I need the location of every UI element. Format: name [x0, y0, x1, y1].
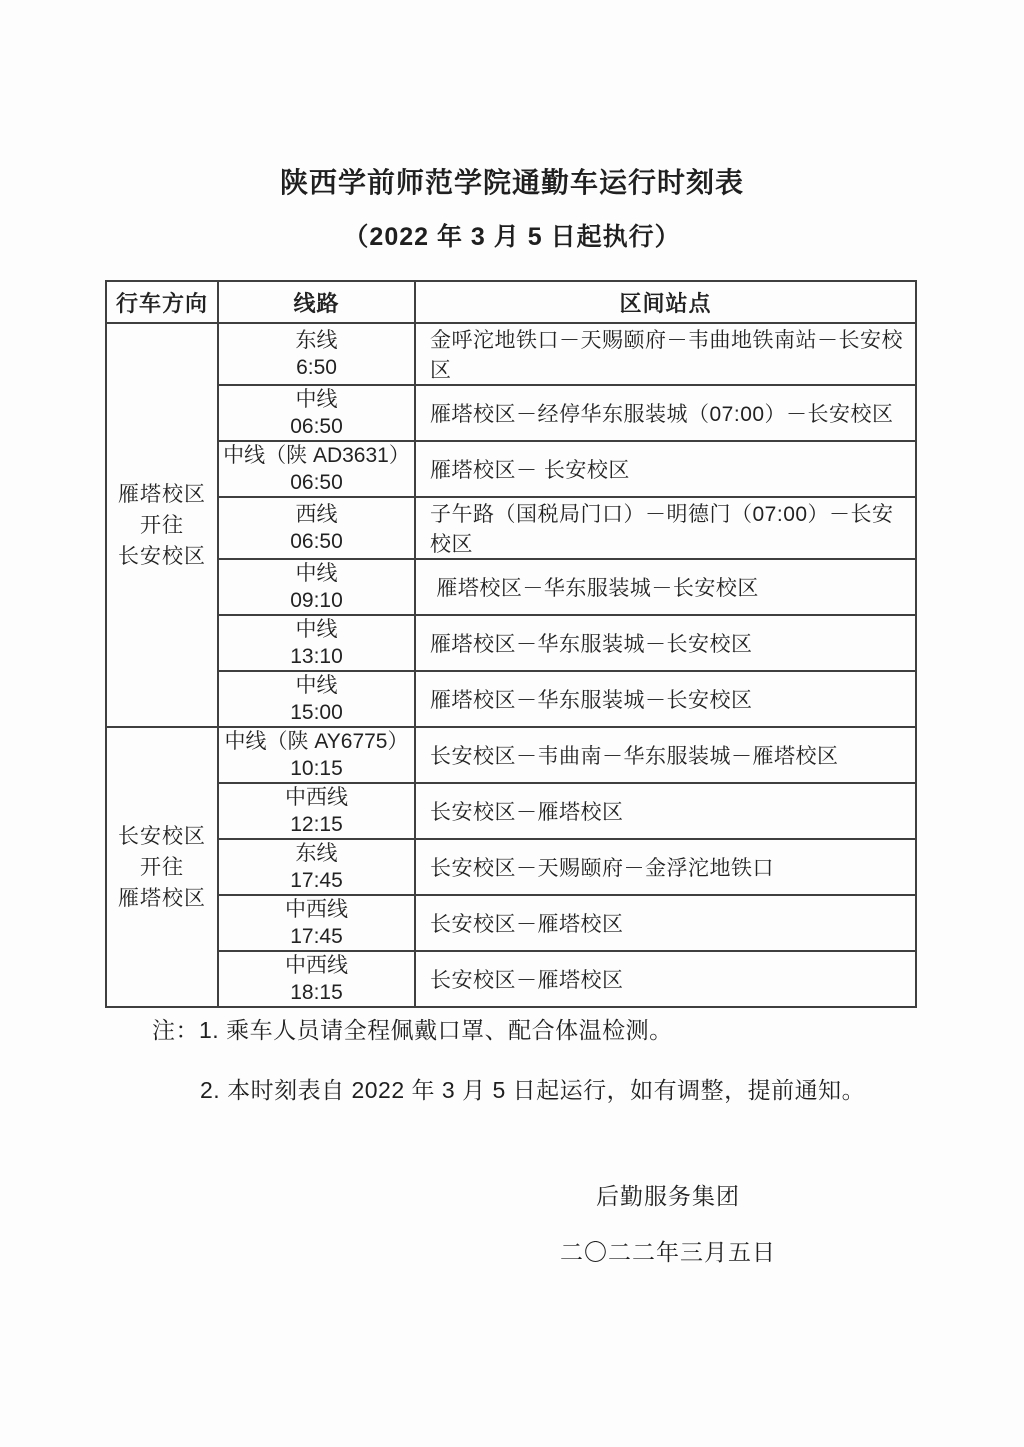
table-header-row: 行车方向 线路 区间站点 — [106, 281, 916, 323]
header-direction: 行车方向 — [106, 281, 218, 323]
stations-cell: 雁塔校区－华东服装城－长安校区 — [415, 615, 916, 671]
stations-cell: 长安校区－天赐颐府－金浮沱地铁口 — [415, 839, 916, 895]
stations-cell: 雁塔校区－华东服装城－长安校区 — [415, 559, 916, 615]
stations-cell: 长安校区－雁塔校区 — [415, 895, 916, 951]
table-row: 中西线 12:15 长安校区－雁塔校区 — [106, 783, 916, 839]
table-row: 中线 13:10 雁塔校区－华东服装城－长安校区 — [106, 615, 916, 671]
table-row: 中线 09:10 雁塔校区－华东服装城－长安校区 — [106, 559, 916, 615]
header-stations: 区间站点 — [415, 281, 916, 323]
table-row: 中线（陕 AD3631） 06:50 雁塔校区－ 长安校区 — [106, 441, 916, 497]
table-row: 中线 15:00 雁塔校区－华东服装城－长安校区 — [106, 671, 916, 727]
header-line: 线路 — [218, 281, 415, 323]
line-time-cell: 中线 09:10 — [218, 559, 415, 615]
table-row: 中西线 17:45 长安校区－雁塔校区 — [106, 895, 916, 951]
bus-schedule-table: 行车方向 线路 区间站点 雁塔校区 开往 长安校区 东线 6:50 金呼沱地铁口… — [105, 280, 917, 1008]
line-time-cell: 中线（陕 AD3631） 06:50 — [218, 441, 415, 497]
stations-cell: 雁塔校区－经停华东服装城（07:00）－长安校区 — [415, 385, 916, 441]
direction-cell-yanta-to-changan: 雁塔校区 开往 长安校区 — [106, 323, 218, 727]
table-row: 长安校区 开往 雁塔校区 中线（陕 AY6775） 10:15 长安校区－韦曲南… — [106, 727, 916, 783]
table-row: 西线 06:50 子午路（国税局门口）－明德门（07:00）－长安校区 — [106, 497, 916, 559]
line-time-cell: 中线 15:00 — [218, 671, 415, 727]
stations-cell: 长安校区－雁塔校区 — [415, 951, 916, 1007]
line-time-cell: 中线（陕 AY6775） 10:15 — [218, 727, 415, 783]
table-row: 中线 06:50 雁塔校区－经停华东服装城（07:00）－长安校区 — [106, 385, 916, 441]
line-time-cell: 西线 06:50 — [218, 497, 415, 559]
stations-cell: 长安校区－雁塔校区 — [415, 783, 916, 839]
table-row: 雁塔校区 开往 长安校区 东线 6:50 金呼沱地铁口－天赐颐府－韦曲地铁南站－… — [106, 323, 916, 385]
stations-cell: 金呼沱地铁口－天赐颐府－韦曲地铁南站－长安校区 — [415, 323, 916, 385]
line-time-cell: 中线 06:50 — [218, 385, 415, 441]
stations-cell: 雁塔校区－华东服装城－长安校区 — [415, 671, 916, 727]
stations-cell: 子午路（国税局门口）－明德门（07:00）－长安校区 — [415, 497, 916, 559]
table-row: 东线 17:45 长安校区－天赐颐府－金浮沱地铁口 — [106, 839, 916, 895]
stations-cell: 雁塔校区－ 长安校区 — [415, 441, 916, 497]
table-row: 中西线 18:15 长安校区－雁塔校区 — [106, 951, 916, 1007]
signature-date: 二〇二二年三月五日 — [450, 1234, 886, 1267]
line-time-cell: 中线 13:10 — [218, 615, 415, 671]
line-time-cell: 东线 6:50 — [218, 323, 415, 385]
document-subtitle: （2022 年 3 月 5 日起执行） — [0, 217, 1024, 253]
document-page: 陕西学前师范学院通勤车运行时刻表 （2022 年 3 月 5 日起执行） 行车方… — [0, 0, 1024, 1447]
line-time-cell: 中西线 18:15 — [218, 951, 415, 1007]
line-time-cell: 中西线 17:45 — [218, 895, 415, 951]
note-mask-temperature: 注：1. 乘车人员请全程佩戴口罩、配合体温检测。 — [152, 1012, 673, 1045]
note-effective-date: 2. 本时刻表自 2022 年 3 月 5 日起运行，如有调整，提前通知。 — [200, 1072, 865, 1105]
document-title: 陕西学前师范学院通勤车运行时刻表 — [0, 161, 1024, 201]
line-time-cell: 东线 17:45 — [218, 839, 415, 895]
stations-cell: 长安校区－韦曲南－华东服装城－雁塔校区 — [415, 727, 916, 783]
line-time-cell: 中西线 12:15 — [218, 783, 415, 839]
direction-cell-changan-to-yanta: 长安校区 开往 雁塔校区 — [106, 727, 218, 1007]
signature-organization: 后勤服务集团 — [450, 1178, 886, 1211]
